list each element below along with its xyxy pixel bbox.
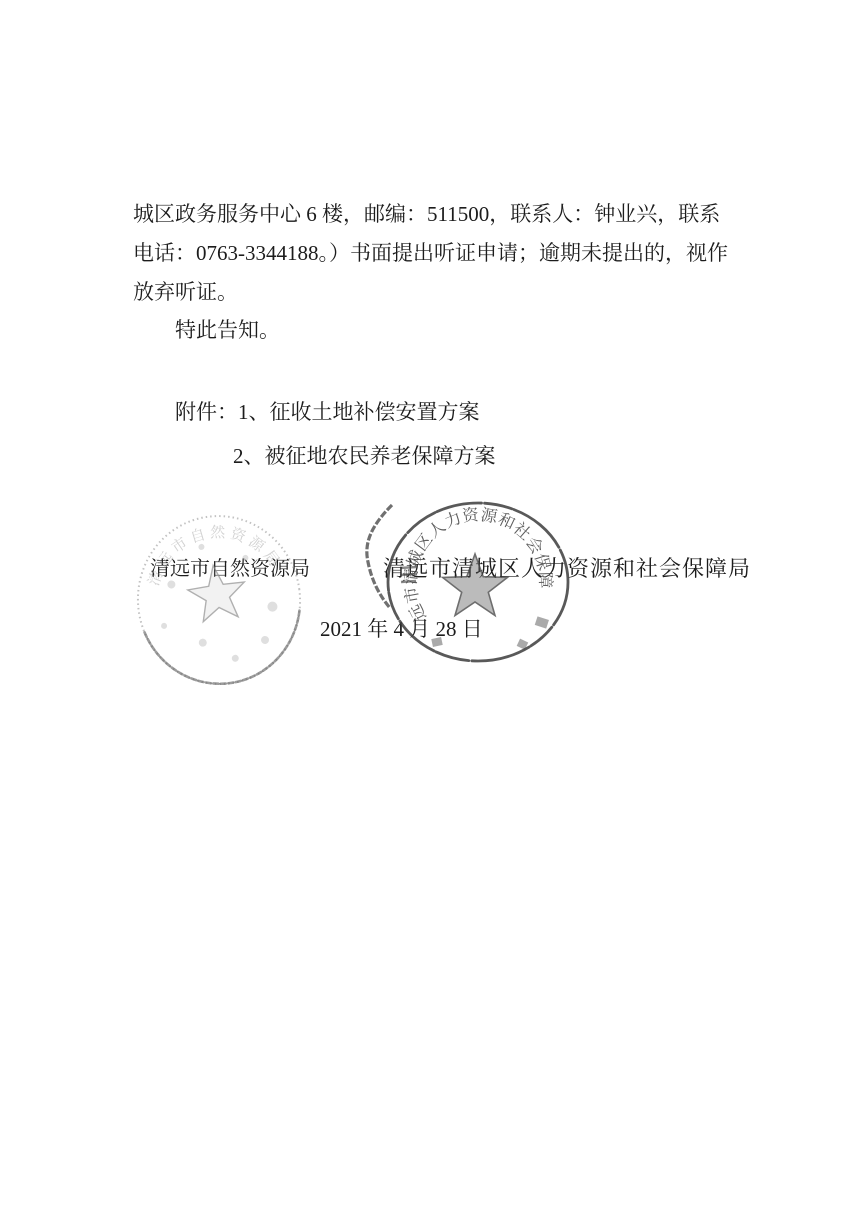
attachment-label: 附件： [175, 400, 238, 424]
attachment-item-2: 2、被征地农民养老保障方案 [233, 444, 496, 468]
closing-line: 特此告知。 [175, 314, 280, 344]
date-line: 2021 年 4 月 28 日 [320, 613, 483, 643]
signature-left-agency: 清远市自然资源局 [150, 552, 310, 581]
signature-right-agency: 清远市清城区人力资源和社会保障局 [383, 552, 751, 583]
body-line-2: 电话：0763-3344188。）书面提出听证申请；逾期未提出的，视作 [133, 234, 719, 273]
left-seal-border-bottom-arc [145, 611, 309, 694]
left-official-seal-stamp: 清远市自然资源局 [119, 500, 319, 700]
body-line-1: 城区政务服务中心 6 楼，邮编：511500，联系人：钟业兴，联系 [133, 195, 719, 234]
body-line-3: 放弃听证。 [133, 273, 719, 312]
attachment-line-2: 2、被征地农民养老保障方案 [233, 440, 496, 470]
document-page: 城区政务服务中心 6 楼，邮编：511500，联系人：钟业兴，联系 电话：076… [0, 0, 850, 1208]
attachment-line-1: 附件：1、征收土地补偿安置方案 [175, 396, 480, 426]
left-seal-group: 清远市自然资源局 [127, 506, 311, 695]
body-paragraph: 城区政务服务中心 6 楼，邮编：511500，联系人：钟业兴，联系 电话：076… [133, 195, 719, 312]
attachment-item-1: 1、征收土地补偿安置方案 [238, 400, 480, 424]
left-seal-border [127, 506, 311, 695]
